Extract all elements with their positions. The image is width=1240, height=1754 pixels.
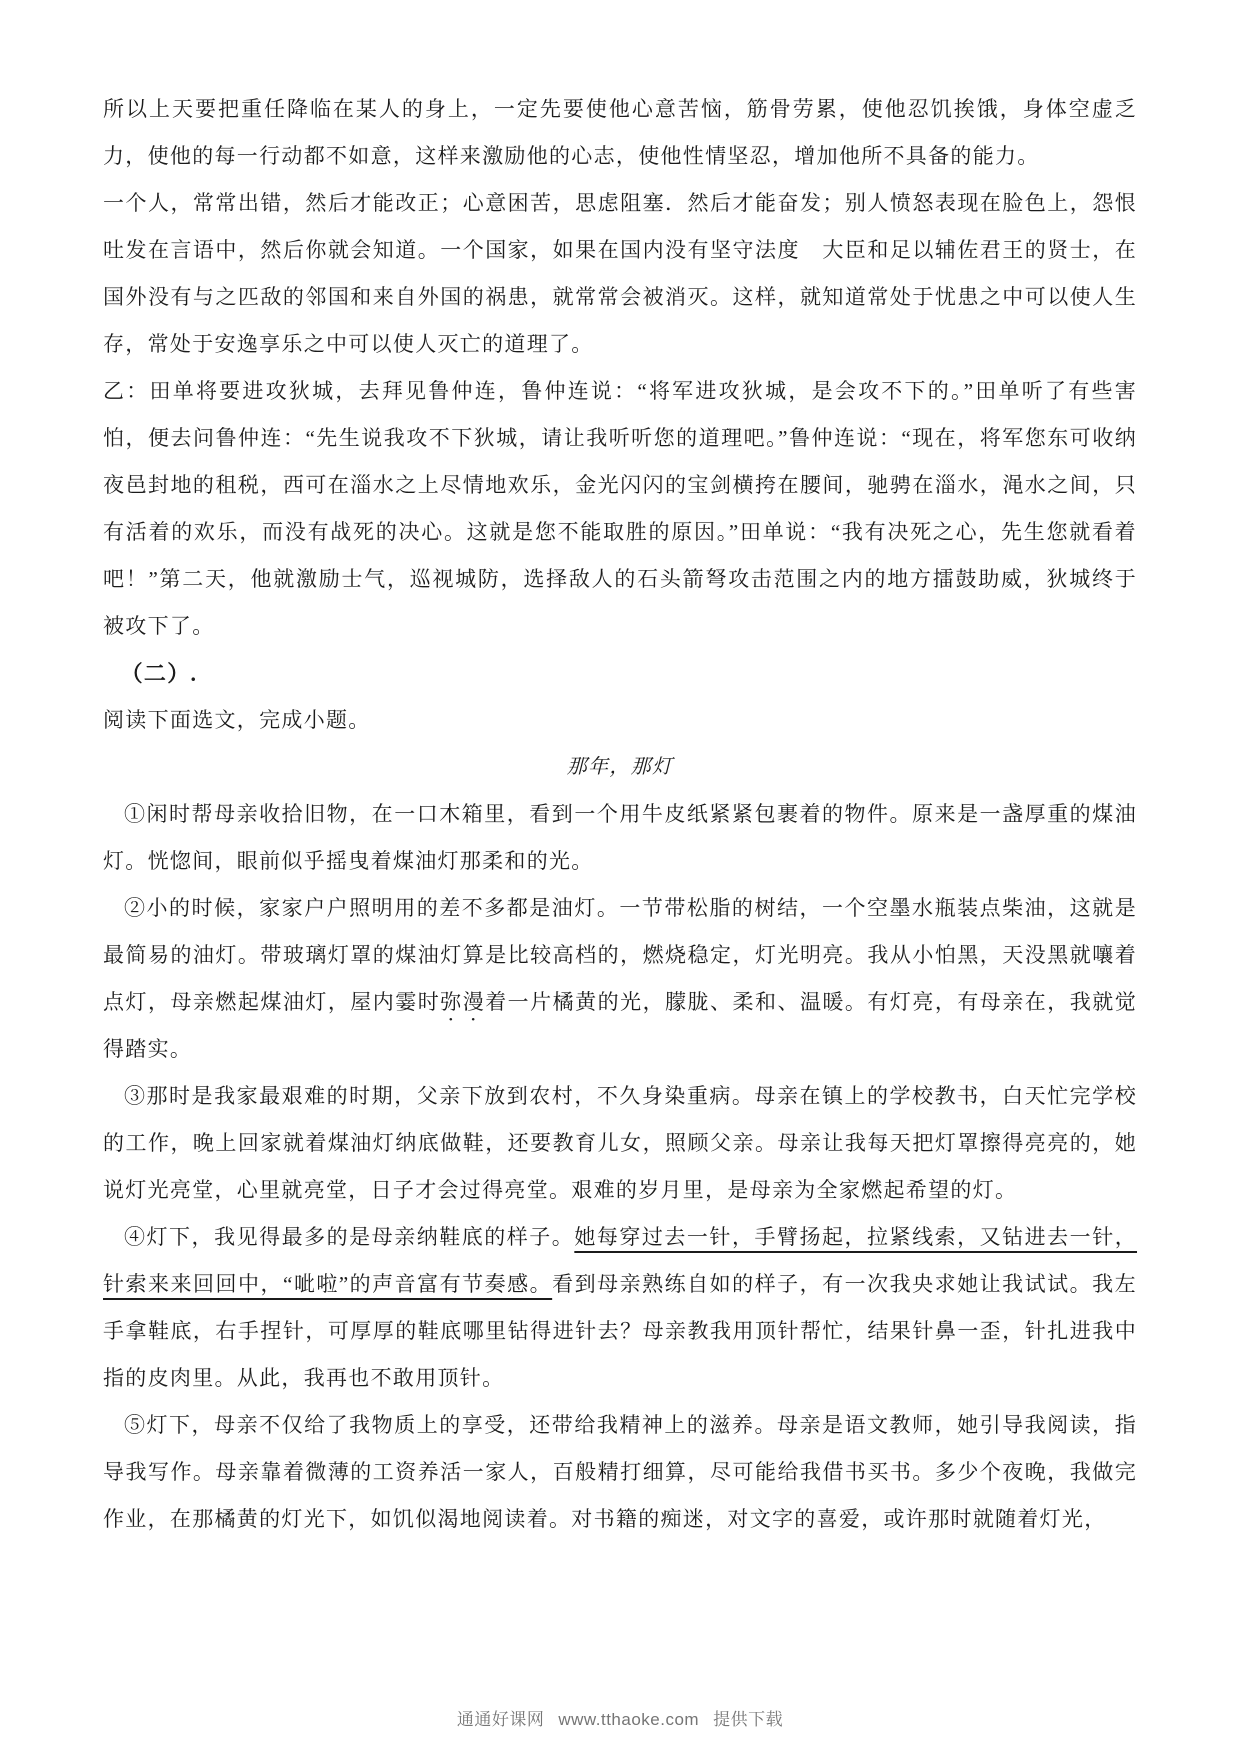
essay-paragraph-1: ①闲时帮母亲收拾旧物，在一口木箱里，看到一个用牛皮纸紧紧包裹着的物件。原来是一盏…: [103, 791, 1137, 885]
essay-paragraph-4-pre: ④灯下，我见得最多的是母亲纳鞋底的样子。: [124, 1225, 574, 1249]
part-one-paragraph-translation-jia-1: 所以上天要把重任降临在某人的身上，一定先要使他心意苦恼，筋骨劳累，使他忍饥挨饿，…: [103, 86, 1137, 180]
essay-title: 那年，那灯: [103, 744, 1137, 791]
essay-paragraph-2: ②小的时候，家家户户照明用的差不多都是油灯。一节带松脂的树结，一个空墨水瓶装点柴…: [103, 885, 1137, 1073]
essay-paragraph-4: ④灯下，我见得最多的是母亲纳鞋底的样子。她每穿过去一针，手臂扬起，拉紧线索，又钻…: [103, 1214, 1137, 1402]
reading-instruction: 阅读下面选文，完成小题。: [103, 697, 1137, 744]
part-one-paragraph-translation-yi: 乙：田单将要进攻狄城，去拜见鲁仲连，鲁仲连说：“将军进攻狄城，是会攻不下的。”田…: [103, 368, 1137, 650]
emphasized-word-mi-man: 弥漫: [440, 990, 485, 1014]
document-page: 所以上天要把重任降临在某人的身上，一定先要使他心意苦恼，筋骨劳累，使他忍饥挨饿，…: [0, 0, 1240, 1754]
footer-site-url: www.tthaoke.com: [558, 1710, 699, 1729]
page-footer: 通通好课网www.tthaoke.com提供下载: [0, 1705, 1240, 1730]
essay-paragraph-3: ③那时是我家最艰难的时期，父亲下放到农村，不久身染重病。母亲在镇上的学校教书，白…: [103, 1073, 1137, 1214]
part-one-paragraph-translation-jia-2: 一个人，常常出错，然后才能改正；心意困苦，思虑阻塞．然后才能奋发；别人愤怒表现在…: [103, 180, 1137, 368]
essay-paragraph-5: ⑤灯下，母亲不仅给了我物质上的享受，还带给我精神上的滋养。母亲是语文教师，她引导…: [103, 1402, 1137, 1543]
section-two-heading: （二）.: [103, 650, 1137, 697]
footer-download-label: 提供下载: [713, 1710, 783, 1729]
footer-site-name: 通通好课网: [457, 1710, 545, 1729]
